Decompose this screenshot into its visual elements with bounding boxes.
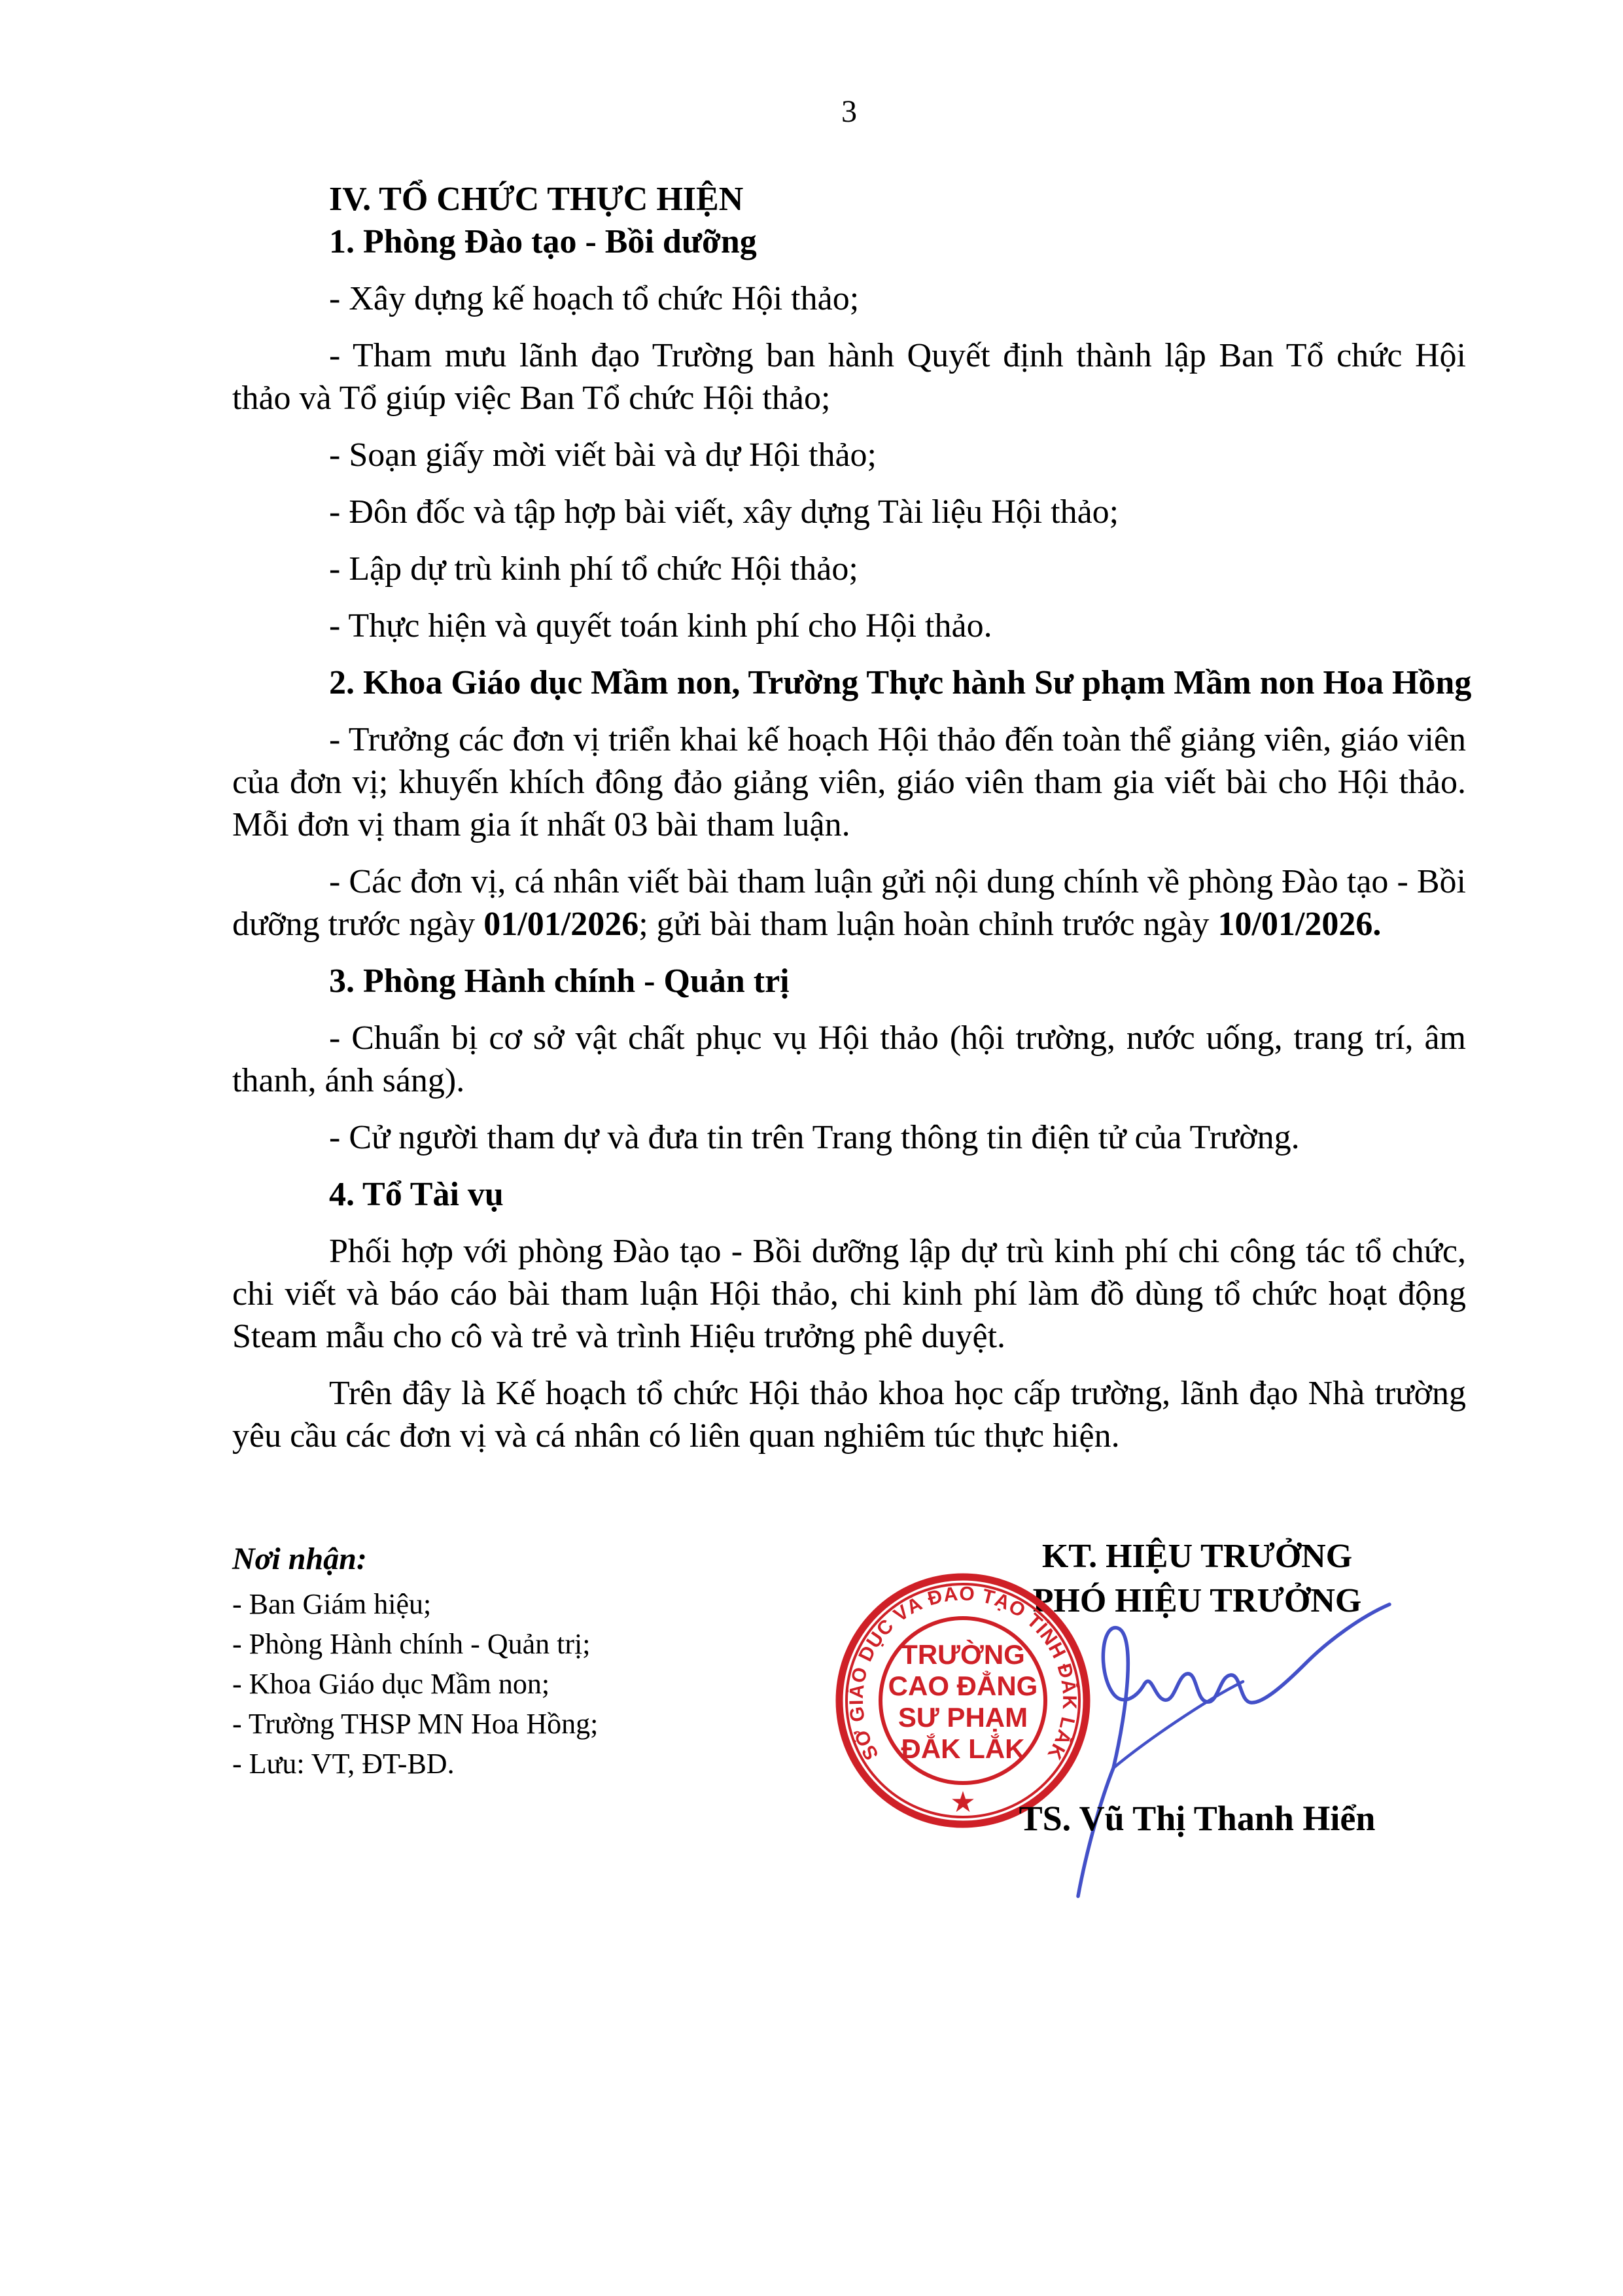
paragraph: - Các đơn vị, cá nhân viết bài tham luận… (232, 860, 1466, 945)
section-heading-iv: IV. TỔ CHỨC THỰC HIỆN (232, 178, 1466, 221)
deadline-date: 10/01/2026. (1218, 906, 1382, 943)
paragraph: Phối hợp với phòng Đào tạo - Bồi dưỡng l… (232, 1230, 1466, 1358)
recipient-item: - Ban Giám hiệu; (232, 1584, 598, 1624)
paragraph-text: ; gửi bài tham luận hoàn chỉnh trước ngà… (638, 906, 1217, 943)
paragraph: - Lập dự trù kinh phí tổ chức Hội thảo; (232, 548, 1466, 590)
stamp-line-1: TRƯỜNG (901, 1638, 1025, 1670)
section-heading-4: 4. Tổ Tài vụ (232, 1173, 1466, 1216)
paragraph: - Soạn giấy mời viết bài và dự Hội thảo; (232, 434, 1466, 476)
recipient-item: - Khoa Giáo dục Mầm non; (232, 1664, 598, 1704)
recipient-item: - Phòng Hành chính - Quản trị; (232, 1624, 598, 1664)
paragraph: - Đôn đốc và tập hợp bài viết, xây dựng … (232, 491, 1466, 533)
paragraph: - Cử người tham dự và đưa tin trên Trang… (232, 1116, 1466, 1159)
section-heading-3: 3. Phòng Hành chính - Quản trị (232, 960, 1466, 1002)
page-number: 3 (232, 92, 1466, 132)
signer-name: TS. Vũ Thị Thanh Hiển (949, 1798, 1446, 1839)
closing-paragraph: Trên đây là Kế hoạch tổ chức Hội thảo kh… (232, 1372, 1466, 1457)
signature-flourish (1113, 1682, 1243, 1768)
stamp-line-2: CAO ĐẲNG (888, 1670, 1038, 1701)
paragraph: - Xây dựng kế hoạch tổ chức Hội thảo; (232, 277, 1466, 320)
paragraph: - Trưởng các đơn vị triển khai kế hoạch … (232, 718, 1466, 846)
signature-ink (1047, 1570, 1400, 1911)
paragraph: - Tham mưu lãnh đạo Trường ban hành Quyế… (232, 334, 1466, 419)
recipients-label: Nơi nhận: (232, 1539, 598, 1579)
paragraph: - Chuẩn bị cơ sở vật chất phục vụ Hội th… (232, 1017, 1466, 1102)
section-heading-1: 1. Phòng Đào tạo - Bồi dưỡng (232, 221, 1466, 263)
document-page: 3 IV. TỔ CHỨC THỰC HIỆN 1. Phòng Đào tạo… (0, 0, 1623, 2296)
recipient-item: - Trường THSP MN Hoa Hồng; (232, 1704, 598, 1744)
signature-stroke (1078, 1604, 1389, 1896)
stamp-line-3: SƯ PHẠM (898, 1702, 1028, 1733)
deadline-date: 01/01/2026 (483, 906, 638, 943)
section-heading-2: 2. Khoa Giáo dục Mầm non, Trường Thực hà… (232, 662, 1466, 704)
recipients-block: Nơi nhận: - Ban Giám hiệu; - Phòng Hành … (232, 1539, 598, 1784)
stamp-line-4: ĐẮK LẮK (901, 1733, 1025, 1764)
recipient-item: - Lưu: VT, ĐT-BD. (232, 1744, 598, 1784)
paragraph: - Thực hiện và quyết toán kinh phí cho H… (232, 605, 1466, 647)
